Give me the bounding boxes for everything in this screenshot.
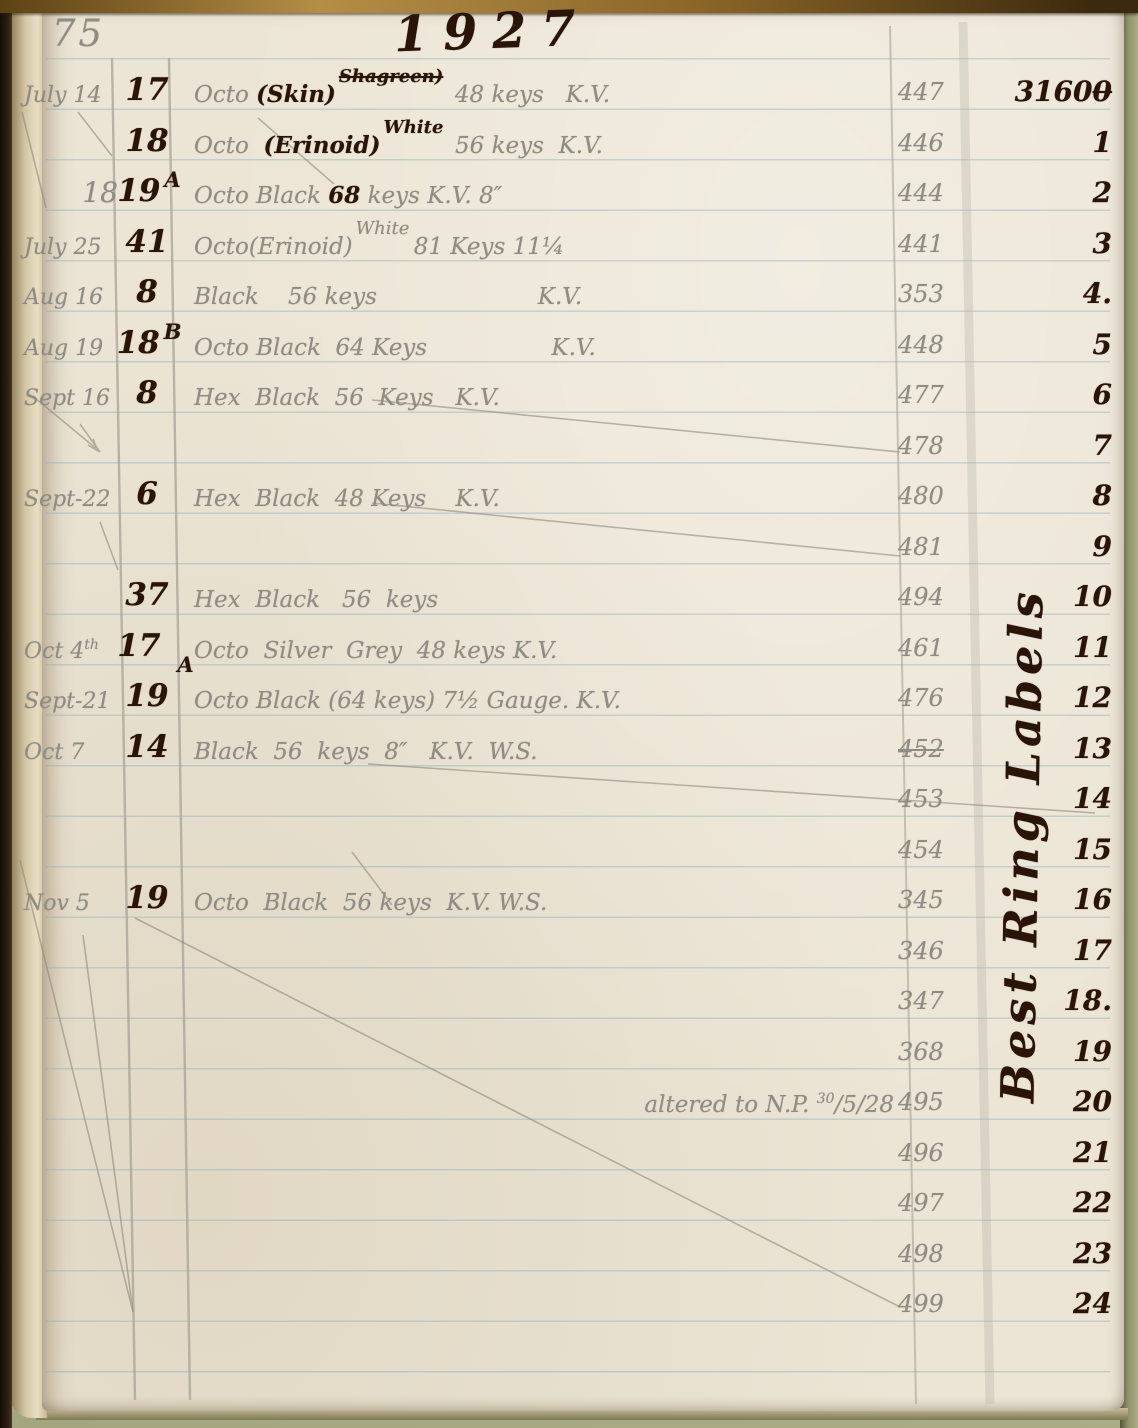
date-cell: Sept 16	[24, 386, 118, 411]
serial-cell: 453	[898, 785, 964, 813]
qty-cell: 8	[118, 375, 176, 411]
quantity: 8	[136, 274, 158, 310]
description-segment: Octo Black 64 Keys K.V.	[194, 335, 596, 361]
desc-cell: Octo Black 56 keys K.V. W.S.	[194, 890, 894, 916]
description-segment: 56 keys K.V.	[440, 133, 603, 159]
label-index: 11	[1073, 631, 1112, 664]
description-segment: Hex Black 56 Keys K.V.	[194, 385, 500, 411]
ledger-row: altered to N.P. 30/5/28 495 20	[0, 1073, 1138, 1120]
ledger-row: Sept-22 6 Hex Black 48 Keys K.V. 480 8	[0, 467, 1138, 514]
label-index: 19	[1073, 1035, 1112, 1068]
index-cell: 2	[960, 176, 1112, 209]
serial-number: 495	[898, 1088, 944, 1116]
label-index: 5	[1093, 328, 1112, 361]
label-index: 9	[1093, 530, 1112, 563]
label-index: 18.	[1063, 984, 1112, 1017]
description-segment: 68	[328, 182, 360, 209]
serial-number: 444	[898, 179, 944, 207]
ledger-row: Oct 4th 17A Octo Silver Grey 48 keys K.V…	[0, 619, 1138, 666]
description-segment: Octo Black 56 keys K.V. W.S.	[194, 890, 547, 916]
handwritten-text: th	[84, 637, 99, 653]
description-segment: Octo	[194, 234, 249, 260]
ledger-row: 499 24	[0, 1275, 1138, 1322]
qty-cell: 6	[118, 476, 176, 512]
quantity: 41	[125, 224, 168, 260]
serial-number: 496	[898, 1139, 944, 1167]
desc-cell: Black 56 keys K.V.	[194, 284, 894, 310]
label-index: 23	[1073, 1237, 1112, 1270]
ledger-row: 18 19A Octo Black 68 keys K.V. 8″ 444 2	[0, 164, 1138, 211]
serial-cell: 476	[898, 684, 964, 712]
serial-cell: 499	[898, 1290, 964, 1318]
qty-cell: 18B	[118, 325, 176, 361]
description-segment: (Erinoid)White	[263, 132, 440, 159]
description-segment: Octo Silver Grey 48 keys K.V.	[194, 638, 557, 664]
serial-cell: 454	[898, 836, 964, 864]
serial-number: 478	[898, 432, 944, 460]
serial-cell: 497	[898, 1189, 964, 1217]
entry-date: Oct 4	[24, 639, 84, 664]
entry-date: Aug 16	[24, 285, 103, 310]
serial-cell: 494	[898, 583, 964, 611]
ledger-row: July 14 17 Octo (Skin)Shagreen) 48 keys …	[0, 63, 1138, 110]
date-cell: Oct 7	[24, 740, 118, 765]
serial-number: 368	[898, 1038, 944, 1066]
serial-number: 477	[898, 381, 944, 409]
desc-cell: Octo(Erinoid)White 81 Keys 11¼	[194, 234, 894, 260]
desc-cell: Octo Black 64 Keys K.V.	[194, 335, 894, 361]
desc-cell: Black 56 keys 8″ K.V. W.S.	[194, 739, 894, 765]
serial-cell: 441	[898, 230, 964, 258]
serial-number: 453	[898, 785, 944, 813]
label-index: 12	[1073, 681, 1112, 714]
desc-cell: Octo Black (64 keys) 7½ Gauge. K.V.	[194, 688, 894, 714]
entry-date: July 25	[24, 235, 101, 260]
desc-cell: Hex Black 56 Keys K.V.	[194, 385, 894, 411]
label-index: 16	[1073, 883, 1112, 916]
desc-cell: Octo (Skin)Shagreen) 48 keys K.V.	[194, 81, 894, 108]
label-index: 3	[1093, 227, 1112, 260]
label-index: 20	[1073, 1085, 1112, 1118]
description-segment: 30	[817, 1091, 835, 1107]
serial-cell: 353	[898, 280, 964, 308]
qty-cell: 19A	[118, 173, 176, 209]
description-segment: Hex Black 48 Keys K.V.	[194, 486, 500, 512]
ledger-row: 498 23	[0, 1225, 1138, 1272]
serial-number: 499	[898, 1290, 944, 1318]
label-index: 10	[1073, 580, 1112, 613]
description-segment: 81 Keys 11¼	[406, 234, 564, 260]
serial-cell: 496	[898, 1139, 964, 1167]
label-index: 17	[1073, 934, 1112, 967]
date-cell: July 25	[24, 235, 118, 260]
description-segment: Octo	[194, 82, 256, 108]
interlinear-note: White	[384, 117, 444, 138]
serial-number: 494	[898, 583, 944, 611]
qty-cell: 8	[118, 274, 176, 310]
ledger-row: Nov 5 19 Octo Black 56 keys K.V. W.S. 34…	[0, 871, 1138, 918]
label-index: 6	[1093, 378, 1112, 411]
desc-cell: Hex Black 56 keys	[194, 587, 894, 613]
entry-date: Sept 16	[24, 386, 110, 411]
index-cell: 5	[960, 328, 1112, 361]
qty-cell: 17	[118, 72, 176, 108]
date-cell: Sept-21	[24, 689, 118, 714]
quantity: 37	[125, 577, 168, 613]
serial-number: 447	[898, 78, 944, 106]
label-index: 4.	[1083, 277, 1112, 310]
description-segment: /5/28	[835, 1092, 894, 1118]
index-cell: 6	[960, 378, 1112, 411]
qty-cell: 37	[118, 577, 176, 613]
quantity: 19	[117, 173, 160, 209]
entry-date: Oct 7	[24, 740, 84, 765]
serial-cell: 345	[898, 886, 964, 914]
ledger-row: 346 17	[0, 922, 1138, 969]
ledger-row: 453 14	[0, 770, 1138, 817]
quantity: 6	[136, 476, 158, 512]
serial-number: 441	[898, 230, 944, 258]
serial-cell: 495	[898, 1088, 964, 1116]
qty-cell: 19	[118, 678, 176, 714]
label-index: 3160	[1015, 75, 1093, 108]
serial-cell: 447	[898, 78, 964, 106]
ledger-row: Aug 16 8 Black 56 keys K.V. 353 4.	[0, 265, 1138, 312]
qty-cell: 41	[118, 224, 176, 260]
ledger-row: Aug 19 18B Octo Black 64 Keys K.V. 448 5	[0, 316, 1138, 363]
label-index: 15	[1073, 833, 1112, 866]
label-index: 14	[1073, 782, 1112, 815]
serial-cell: 480	[898, 482, 964, 510]
serial-number: 448	[898, 331, 944, 359]
date-cell: Oct 4th	[24, 639, 118, 664]
serial-number: 454	[898, 836, 944, 864]
index-cell: 31600	[960, 75, 1112, 108]
serial-cell: 347	[898, 987, 964, 1015]
page-content: 75 1927 July 14 17 Octo (Skin)Shagreen) …	[0, 0, 1138, 1428]
ledger-row: 368 19	[0, 1023, 1138, 1070]
entry-date: Aug 19	[24, 336, 103, 361]
ledger-row: 478 7	[0, 417, 1138, 464]
description-segment: Black 56 keys 8″ K.V. W.S.	[194, 739, 538, 765]
description-segment: altered to N.P.	[644, 1092, 816, 1118]
description-segment: Hex Black 56 keys	[194, 587, 438, 613]
ledger-row: 454 15	[0, 821, 1138, 868]
label-index: 8	[1093, 479, 1112, 512]
description-segment: Octo Black	[194, 183, 328, 209]
interlinear-note: White	[356, 218, 410, 239]
label-index: 13	[1073, 732, 1112, 765]
serial-number: 497	[898, 1189, 944, 1217]
description-segment: (Erinoid)White	[249, 234, 407, 260]
ledger-row: Sept 16 8 Hex Black 56 Keys K.V. 477 6	[0, 366, 1138, 413]
quantity: 8	[136, 375, 158, 411]
entry-date: 18	[82, 176, 118, 209]
serial-cell: 444	[898, 179, 964, 207]
label-index: 7	[1093, 429, 1112, 462]
desc-cell: Octo Silver Grey 48 keys K.V.	[194, 638, 894, 664]
date-cell: Sept-22	[24, 487, 118, 512]
ledger-page-photo: 75 1927 July 14 17 Octo (Skin)Shagreen) …	[0, 0, 1138, 1428]
serial-cell: 448	[898, 331, 964, 359]
desc-cell: Octo Black 68 keys K.V. 8″	[194, 182, 894, 209]
entry-date: Sept-22	[24, 487, 110, 512]
serial-number: 345	[898, 886, 944, 914]
index-cell: 3	[960, 227, 1112, 260]
desc-cell: Hex Black 48 Keys K.V.	[194, 486, 894, 512]
label-index: 1	[1093, 126, 1112, 159]
label-index: 24	[1073, 1287, 1112, 1320]
serial-cell: 368	[898, 1038, 964, 1066]
serial-cell: 477	[898, 381, 964, 409]
entry-date: Sept-21	[24, 689, 110, 714]
description-segment: (Skin)Shagreen)	[256, 81, 440, 108]
interlinear-note: Shagreen)	[339, 66, 443, 87]
serial-number: 480	[898, 482, 944, 510]
serial-number: 481	[898, 533, 944, 561]
description-segment: Octo	[194, 133, 263, 159]
quantity: 17	[125, 72, 168, 108]
serial-cell: 446	[898, 129, 964, 157]
serial-cell: 481	[898, 533, 964, 561]
description-segment: Black 56 keys K.V.	[194, 284, 582, 310]
ledger-row: 496 21	[0, 1124, 1138, 1171]
quantity: 14	[125, 729, 168, 765]
qty-cell: 14	[118, 729, 176, 765]
serial-cell: 346	[898, 937, 964, 965]
date-cell: Aug 16	[24, 285, 118, 310]
serial-number: 476	[898, 684, 944, 712]
serial-cell: 498	[898, 1240, 964, 1268]
quantity: 18	[117, 325, 160, 361]
qty-cell: 19	[118, 880, 176, 916]
label-index: 22	[1073, 1186, 1112, 1219]
serial-number: 498	[898, 1240, 944, 1268]
description-segment: keys K.V. 8″	[360, 183, 502, 209]
description-segment: Octo Black (64 keys) 7½ Gauge. K.V.	[194, 688, 621, 714]
index-cell: 24	[960, 1287, 1112, 1320]
label-index: 21	[1073, 1136, 1112, 1169]
serial-cell: 452	[898, 735, 964, 763]
date-cell: 18	[24, 176, 118, 209]
serial-number: 461	[898, 634, 944, 662]
serial-cell: 478	[898, 432, 964, 460]
struck-digit: 0	[1093, 75, 1112, 108]
ledger-row: 497 22	[0, 1174, 1138, 1221]
ledger-row: 37 Hex Black 56 keys 494 10	[0, 568, 1138, 615]
quantity: 18	[125, 123, 168, 159]
ledger-row: July 25 41 Octo(Erinoid)White 81 Keys 11…	[0, 215, 1138, 262]
serial-number: 346	[898, 937, 944, 965]
ledger-row: Oct 7 14 Black 56 keys 8″ K.V. W.S. 452 …	[0, 720, 1138, 767]
entry-date: Nov 5	[24, 891, 90, 916]
date-cell: Aug 19	[24, 336, 118, 361]
ledger-row: 18 Octo (Erinoid)White 56 keys K.V. 446 …	[0, 114, 1138, 161]
ledger-row: 347 18.	[0, 972, 1138, 1019]
serial-cell: 461	[898, 634, 964, 662]
ledger-row: 481 9	[0, 518, 1138, 565]
index-cell: 1	[960, 126, 1112, 159]
index-cell: 4.	[960, 277, 1112, 310]
quantity: 17	[117, 628, 160, 664]
annotation-mark: B	[164, 319, 182, 344]
serial-number: 452	[898, 735, 944, 763]
serial-number: 353	[898, 280, 944, 308]
desc-cell: Octo (Erinoid)White 56 keys K.V.	[194, 132, 894, 159]
serial-number: 347	[898, 987, 944, 1015]
date-cell: July 14	[24, 83, 118, 108]
qty-cell: 18	[118, 123, 176, 159]
label-index: 2	[1093, 176, 1112, 209]
qty-cell: 17A	[118, 628, 176, 664]
entry-date: July 14	[24, 83, 101, 108]
quantity: 19	[125, 880, 168, 916]
ledger-rows: July 14 17 Octo (Skin)Shagreen) 48 keys …	[0, 0, 1138, 1428]
quantity: 19	[125, 678, 168, 714]
date-cell: Nov 5	[24, 891, 118, 916]
annotation-mark: A	[164, 167, 180, 192]
description-segment: 48 keys K.V.	[440, 82, 610, 108]
serial-number: 446	[898, 129, 944, 157]
desc-cell: altered to N.P. 30/5/28	[194, 1092, 894, 1118]
ledger-row: Sept-21 19 Octo Black (64 keys) 7½ Gauge…	[0, 669, 1138, 716]
